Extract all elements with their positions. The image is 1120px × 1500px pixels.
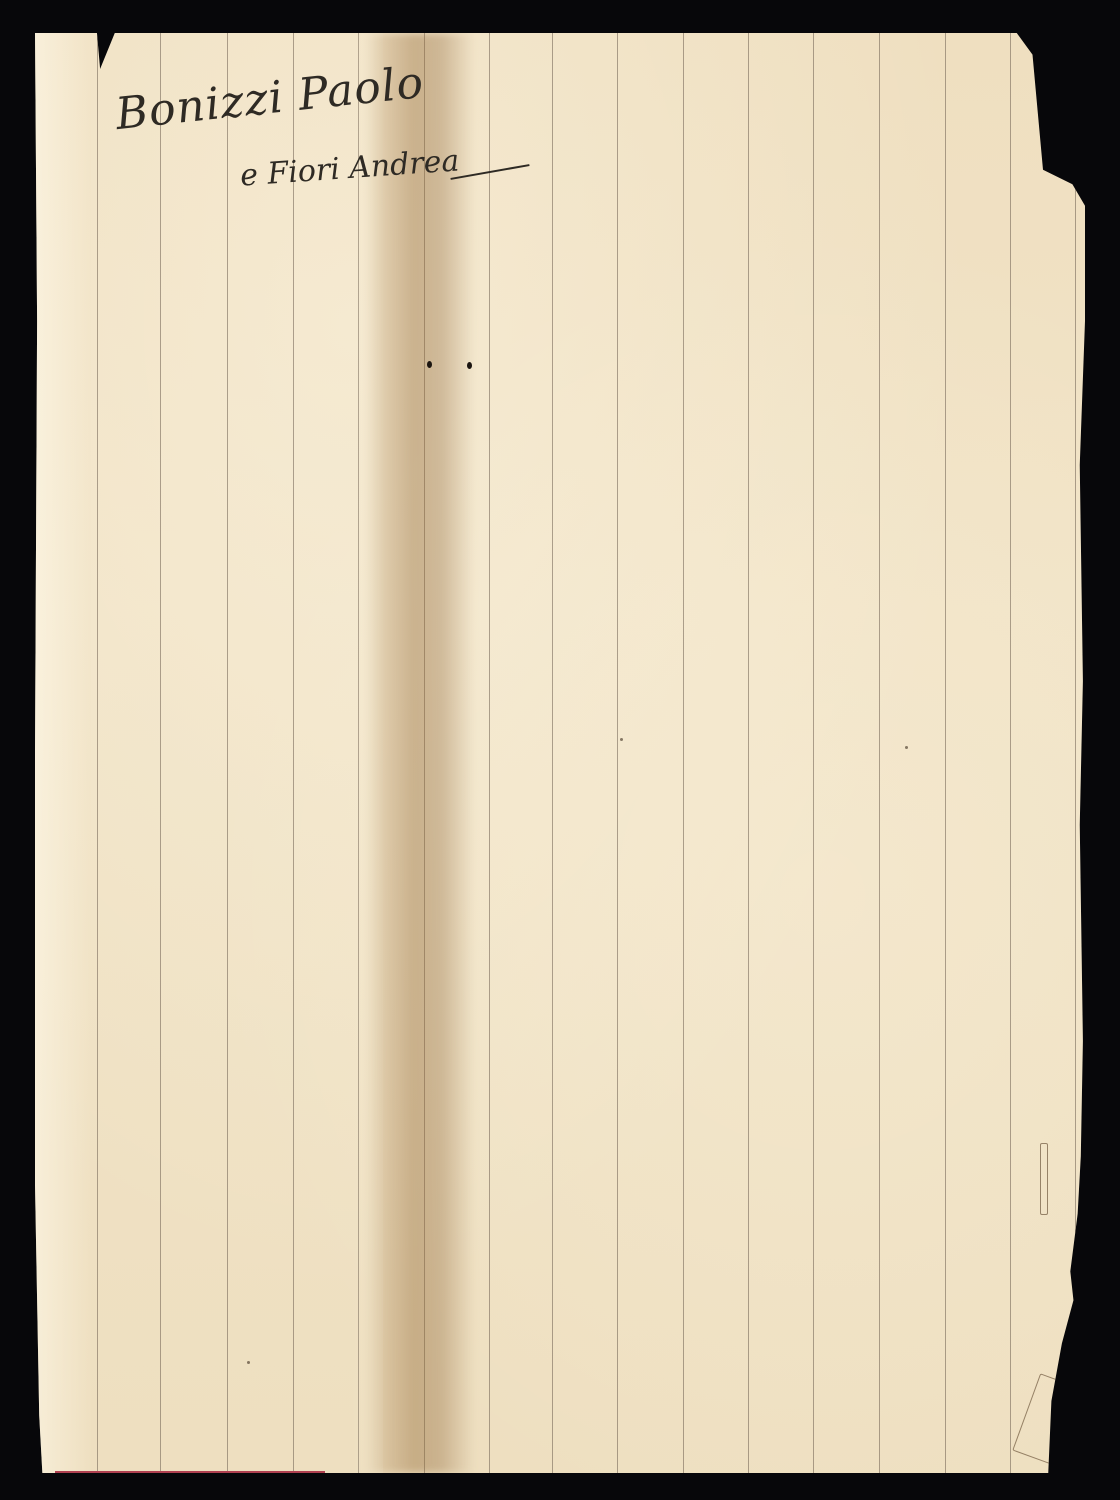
- ruled-line: [227, 33, 228, 1473]
- ruled-line: [552, 33, 553, 1473]
- ruled-line: [748, 33, 749, 1473]
- red-edge-line: [55, 1471, 325, 1473]
- ruled-line: [813, 33, 814, 1473]
- ruled-line: [160, 33, 161, 1473]
- ruled-line: [879, 33, 880, 1473]
- speck: [905, 746, 908, 749]
- ruled-line: [617, 33, 618, 1473]
- ruled-line: [1075, 33, 1076, 1473]
- tear-flap: [1012, 1373, 1080, 1464]
- water-stain: [365, 33, 475, 1473]
- ruled-line: [97, 33, 98, 1473]
- ruled-line: [489, 33, 490, 1473]
- ruled-line: [1010, 33, 1011, 1473]
- ruled-line: [293, 33, 294, 1473]
- speck: [247, 1361, 250, 1364]
- speck: [620, 738, 623, 741]
- pin-hole: [467, 362, 472, 369]
- ruled-line: [945, 33, 946, 1473]
- fold-strip: [35, 33, 91, 1473]
- pin-hole: [427, 361, 432, 368]
- tear-mark: [1040, 1143, 1048, 1215]
- ruled-line: [683, 33, 684, 1473]
- paper-sheet: Bonizzi Paolo e Fiori Andrea: [35, 33, 1085, 1473]
